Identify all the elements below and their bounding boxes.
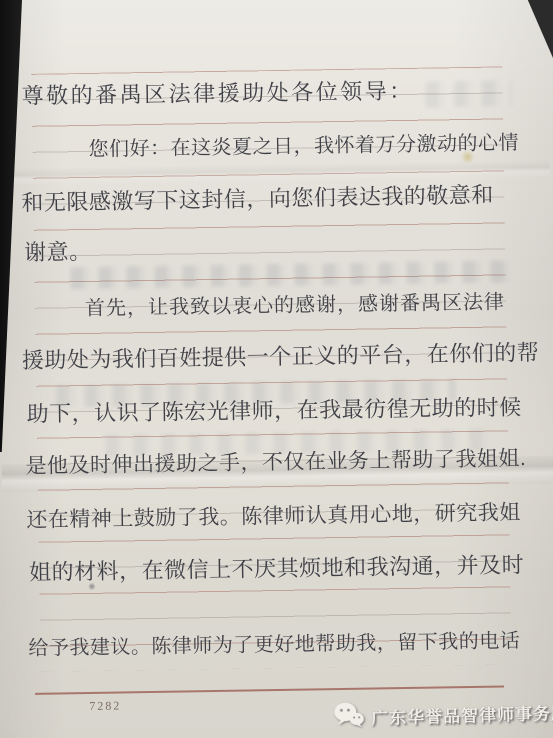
wechat-icon xyxy=(334,701,365,733)
letter-photo: 尊敬的番禺区法律援助处各位领导： 您们好：在这炎夏之日，我怀着万分激动的心情 和… xyxy=(0,0,553,738)
letter-salutation: 尊敬的番禺区法律援助处各位领导： xyxy=(21,74,413,110)
bottom-margin-rule xyxy=(35,685,504,694)
paper-content: 尊敬的番禺区法律援助处各位领导： 您们好：在这炎夏之日，我怀着万分激动的心情 和… xyxy=(0,0,553,738)
ink-bleedthrough xyxy=(426,80,512,107)
watermark-text: 广东华誉品智律师事务所 xyxy=(371,699,553,730)
watermark: 广东华誉品智律师事务所 xyxy=(334,696,553,734)
letter-line: 谢意。 xyxy=(24,235,92,267)
page-number: 7282 xyxy=(89,698,121,714)
